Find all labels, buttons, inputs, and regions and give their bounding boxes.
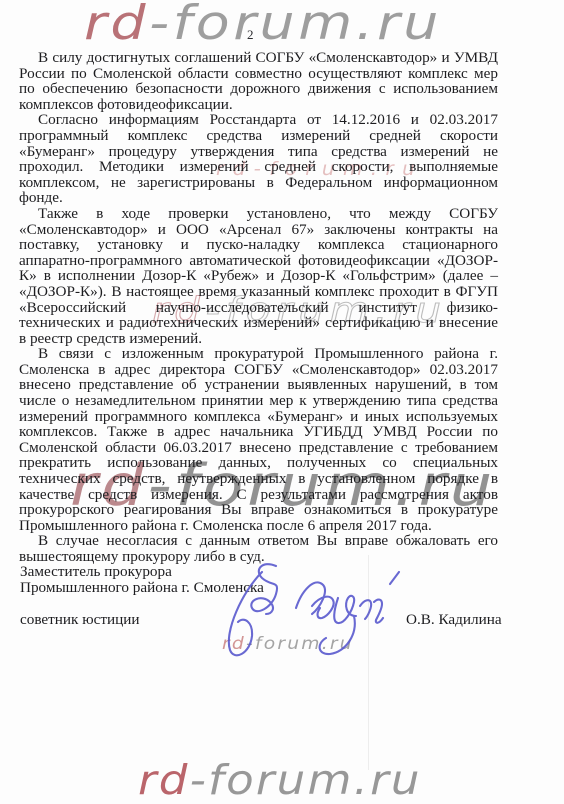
paragraph-dozor-k: Также в ходе проверки установлено, что м… — [19, 206, 498, 346]
watermark-top: rd-forum.ru — [84, 0, 442, 47]
paragraph-rosstandart: Согласно информациям Росстандарта от 14.… — [19, 112, 498, 206]
watermark-gray-part: -forum.ru — [190, 756, 422, 804]
document-page: rd-forum.ru rd-forum.ru rd-forum.ru rd-f… — [0, 0, 564, 804]
watermark-gray-part: -forum.ru — [149, 0, 442, 51]
watermark-bottom: rd-forum.ru — [138, 760, 422, 801]
watermark-red-part: rd — [84, 0, 149, 51]
signer-rank: советник юстиции — [20, 611, 139, 629]
handwritten-signature — [218, 556, 418, 668]
signer-name: О.В. Кадилина — [406, 611, 502, 629]
scan-artifact-streak — [368, 555, 369, 770]
page-number: 2 — [247, 27, 254, 43]
watermark-red-part: rd — [138, 756, 190, 804]
letter-body: В силу достигнутых соглашений СОГБУ «Смо… — [19, 50, 498, 565]
paragraph-agreements: В силу достигнутых соглашений СОГБУ «Смо… — [19, 50, 498, 112]
paragraph-predstavlenie: В связи с изложенным прокуратурой Промыш… — [19, 346, 498, 533]
